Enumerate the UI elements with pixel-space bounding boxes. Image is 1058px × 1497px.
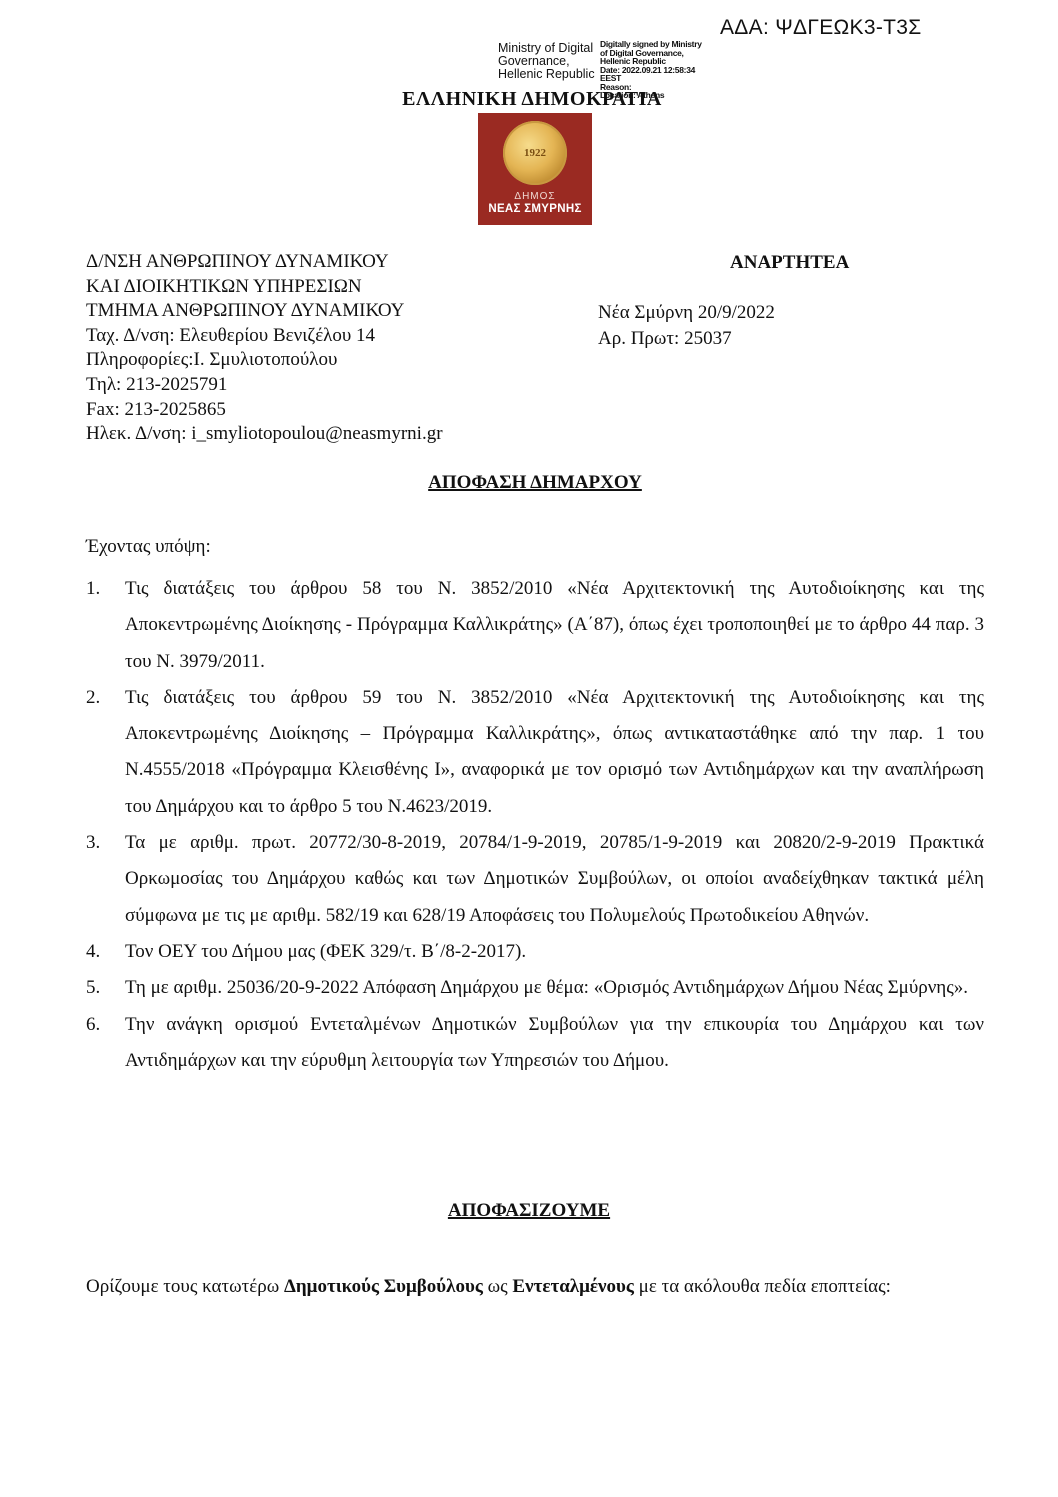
date-protocol-block: Νέα Σμύρνη 20/9/2022 Αρ. Πρωτ: 25037 <box>598 300 775 352</box>
considerations-intro: Έχοντας υπόψη: <box>86 536 211 558</box>
sender-directorate: Δ/ΝΣΗ ΑΝΘΡΩΠΙΝΟΥ ΔΥΝΑΜΙΚΟΥ <box>86 250 443 275</box>
decision-title: ΑΠΟΦΑΣΗ ΔΗΜΑΡΧΟΥ <box>0 472 1058 494</box>
list-item-text: Την ανάγκη ορισμού Εντεταλμένων Δημοτικώ… <box>125 1007 984 1080</box>
decision-text: ως <box>483 1276 513 1297</box>
sender-address: Ταχ. Δ/νση: Ελευθερίου Βενιζέλου 14 <box>86 324 443 349</box>
list-item-text: Τις διατάξεις του άρθρου 59 του Ν. 3852/… <box>125 680 984 825</box>
place-date: Νέα Σμύρνη 20/9/2022 <box>598 300 775 326</box>
list-item: 2. Τις διατάξεις του άρθρου 59 του Ν. 38… <box>86 680 984 825</box>
list-item-number: 1. <box>86 571 125 680</box>
decision-title-text: ΑΠΟΦΑΣΗ ΔΗΜΑΡΧΟΥ <box>428 472 642 493</box>
sender-department: ΤΜΗΜΑ ΑΝΘΡΩΠΙΝΟΥ ΔΥΝΑΜΙΚΟΥ <box>86 299 443 324</box>
decision-text: με τα ακόλουθα πεδία εποπτείας: <box>634 1276 891 1297</box>
list-item: 5. Τη με αριθμ. 25036/20-9-2022 Απόφαση … <box>86 970 984 1006</box>
decision-bold-delegated: Εντεταλμένους <box>512 1276 634 1297</box>
considerations-list: 1. Τις διατάξεις του άρθρου 58 του Ν. 38… <box>86 571 984 1079</box>
list-item: 1. Τις διατάξεις του άρθρου 58 του Ν. 38… <box>86 571 984 680</box>
we-decide-heading-text: ΑΠΟΦΑΣΙΖΟΥΜΕ <box>448 1200 610 1221</box>
decision-text: Ορίζουμε τους κατωτέρω <box>86 1276 284 1297</box>
list-item-number: 4. <box>86 934 125 970</box>
list-item-text: Τα με αριθμ. πρωτ. 20772/30-8-2019, 2078… <box>125 825 984 934</box>
decision-bold-councillors: Δημοτικούς Συμβούλους <box>284 1276 483 1297</box>
logo-text-municipality: ΝΕΑΣ ΣΜΥΡΝΗΣ <box>488 203 581 215</box>
sender-block: Δ/ΝΣΗ ΑΝΘΡΩΠΙΝΟΥ ΔΥΝΑΜΙΚΟΥ ΚΑΙ ΔΙΟΙΚΗΤΙΚ… <box>86 250 443 447</box>
list-item-text: Τον ΟΕΥ του Δήμου μας (ΦΕΚ 329/τ. Β΄/8-2… <box>125 934 984 970</box>
list-item-number: 3. <box>86 825 125 934</box>
coin-year: 1922 <box>524 147 546 159</box>
protocol-number: Αρ. Πρωτ: 25037 <box>598 326 775 352</box>
list-item: 4. Τον ΟΕΥ του Δήμου μας (ΦΕΚ 329/τ. Β΄/… <box>86 934 984 970</box>
sender-contact-person: Πληροφορίες:Ι. Σμυλιοτοπούλου <box>86 348 443 373</box>
republic-heading-text: ΕΛΛΗΝΙΚΗ ΔΗΜΟΚΡΑΤΙΑ <box>402 88 662 110</box>
signature-org-line: Hellenic Republic <box>498 68 595 81</box>
list-item-number: 6. <box>86 1007 125 1080</box>
ada-code: ΑΔΑ: ΨΔΓΕΩΚ3-Τ3Σ <box>720 16 922 40</box>
sender-directorate-cont: ΚΑΙ ΔΙΟΙΚΗΤΙΚΩΝ ΥΠΗΡΕΣΙΩΝ <box>86 275 443 300</box>
list-item-text: Τις διατάξεις του άρθρου 58 του Ν. 3852/… <box>125 571 984 680</box>
list-item-number: 5. <box>86 970 125 1006</box>
signature-organization: Ministry of Digital Governance, Hellenic… <box>498 42 595 81</box>
list-item: 6. Την ανάγκη ορισμού Εντεταλμένων Δημοτ… <box>86 1007 984 1080</box>
list-item: 3. Τα με αριθμ. πρωτ. 20772/30-8-2019, 2… <box>86 825 984 934</box>
post-label: ΑΝΑΡΤΗΤΕΑ <box>730 252 849 274</box>
republic-heading: ΕΛΛΗΝΙΚΗ ΔΗΜΟΚΡΑΤΙΑ <box>0 88 1058 111</box>
sender-email[interactable]: Ηλεκ. Δ/νση: i_smyliotopoulou@neasmyrni.… <box>86 422 443 447</box>
coin-emblem-icon: 1922 <box>503 121 567 185</box>
list-item-number: 2. <box>86 680 125 825</box>
sender-phone: Τηλ: 213-2025791 <box>86 373 443 398</box>
municipality-logo: 1922 ΔΗΜΟΣ ΝΕΑΣ ΣΜΥΡΝΗΣ <box>478 113 592 225</box>
logo-text-dimos: ΔΗΜΟΣ <box>514 191 555 202</box>
sender-fax: Fax: 213-2025865 <box>86 398 443 423</box>
list-item-text: Τη με αριθμ. 25036/20-9-2022 Απόφαση Δημ… <box>125 970 984 1006</box>
we-decide-heading: ΑΠΟΦΑΣΙΖΟΥΜΕ <box>0 1200 1058 1222</box>
decision-paragraph: Ορίζουμε τους κατωτέρω Δημοτικούς Συμβού… <box>86 1277 984 1297</box>
